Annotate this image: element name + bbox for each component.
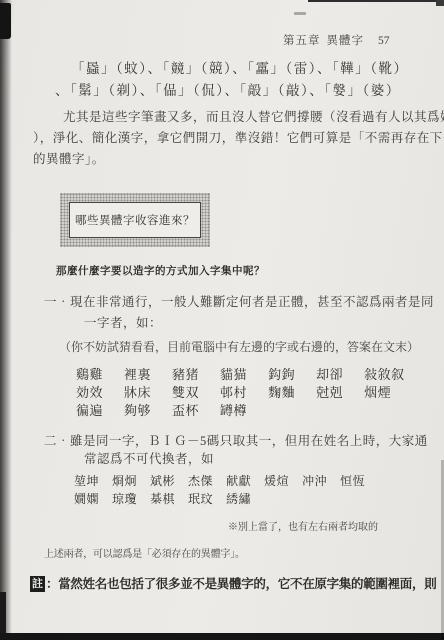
conclusion-line: 上述兩者，可以認爲是「必須存在的異體字」。 xyxy=(44,545,245,560)
list-item-1-line-1: 一‧現在非常通行，一般人難斷定何者是正體，甚至不認爲兩者是同 xyxy=(44,292,434,310)
variant-pair: 豬猪 xyxy=(172,364,199,383)
scan-edge-left xyxy=(0,0,12,640)
footnote-text: ：當然姓名也包括了很多並不是異體字的，它不在原字集的範圍裡面，則 xyxy=(46,577,436,591)
section-callout-box: 哪些異體字收容進來？ xyxy=(60,193,210,247)
variant-pair: 徧遍 xyxy=(76,400,103,419)
scan-edge-top-right xyxy=(308,0,444,2)
variant-pair: 棊棋 xyxy=(150,490,175,507)
variant-pair: 斌彬 xyxy=(150,472,175,489)
variant-pair: 琼瓊 xyxy=(112,490,137,507)
scanned-book-page: 第五章異體字57 「蟁」（蚊）、「竸」（競）、「靁」（雷）、「鞾」（靴） 、「鬀… xyxy=(0,0,444,640)
variant-pair: 烱炯 xyxy=(112,472,137,489)
variant-pair: 冲沖 xyxy=(302,472,327,489)
variant-pair: 貓猫 xyxy=(220,364,247,383)
variant-pair: 珉玟 xyxy=(188,490,213,507)
chapter-label: 第五章 xyxy=(283,35,321,47)
variant-pair: 尅剋 xyxy=(316,382,343,401)
variant-pair: 鈎鉤 xyxy=(268,364,295,383)
footnote-label: 註 xyxy=(30,576,45,592)
page-header: 第五章異體字57 xyxy=(283,32,390,48)
variant-pair: 鷄雞 xyxy=(76,364,103,383)
variant-pair: 献獻 xyxy=(226,472,251,489)
variant-pair: 却卻 xyxy=(316,364,343,383)
scan-edge-bottom xyxy=(0,633,444,640)
variant-pair: 裡裏 xyxy=(124,364,151,383)
aside-note: ※別上當了，也有左右兩者均取的 xyxy=(228,518,378,533)
variant-pair: 牀床 xyxy=(124,382,151,401)
scan-artifact-dash xyxy=(294,12,306,15)
list-item-1-line-2: 一字者，如： xyxy=(84,313,162,331)
paragraph-line: 的異體字」。 xyxy=(33,149,105,167)
variant-pair: 盃杯 xyxy=(172,400,199,419)
variant-example-line-1: 「蟁」（蚊）、「竸」（競）、「靁」（雷）、「鞾」（靴） xyxy=(71,57,409,77)
variant-example-line-2: 、「鬀」（剃）、「偘」（侃）、「毃」（敲）、「媻」（婆） xyxy=(55,79,401,99)
list-item-2-line-1: 二‧雖是同一字，ＢＩＧ－5碼只取其一，但用在姓名上時，大家通 xyxy=(44,431,428,449)
chapter-title: 異體字 xyxy=(327,35,365,47)
variant-pair-row: 徧遍 夠够 盃杯 罇樽 xyxy=(76,400,247,419)
scan-corner-top-right xyxy=(436,0,444,6)
variant-pair: 恒恆 xyxy=(340,472,365,489)
variant-pair: 罇樽 xyxy=(220,400,247,419)
variant-pair-row: 効效 牀床 雙双 邨村 麴麯 尅剋 烟煙 xyxy=(76,382,391,401)
question-heading: 那麼什麼字要以造字的方式加入字集中呢？ xyxy=(56,263,265,278)
variant-pair-row: 堃坤 烱炯 斌彬 杰傑 献獻 煖煊 冲沖 恒恆 xyxy=(74,472,365,489)
variant-pair: 烟煙 xyxy=(364,382,391,401)
variant-pair: 杰傑 xyxy=(188,472,213,489)
variant-pair: 邨村 xyxy=(220,382,247,401)
variant-pair: 綉繡 xyxy=(226,490,251,507)
variant-pair-row: 嫺嫻 琼瓊 棊棋 珉玟 綉繡 xyxy=(74,490,251,507)
scan-corner-top-left xyxy=(0,3,11,39)
footnote-line: 註：當然姓名也包括了很多並不是異體字的，它不在原字集的範圍裡面，則 xyxy=(30,574,436,592)
paragraph-line: ），淨化、簡化漢字，拿它們開刀，準沒錯！它們可算是「不需再存在下去 xyxy=(33,128,444,146)
variant-pair: 煖煊 xyxy=(264,472,289,489)
variant-pair: 効效 xyxy=(76,382,103,401)
page-number: 57 xyxy=(378,35,390,47)
variant-pair: 麴麯 xyxy=(268,382,295,401)
variant-pair: 雙双 xyxy=(172,382,199,401)
list-item-2-line-2: 常認爲不可代換者，如 xyxy=(84,449,214,467)
variant-pair: 堃坤 xyxy=(74,472,99,489)
variant-pair: 夠够 xyxy=(124,400,151,419)
variant-pair-row: 鷄雞 裡裏 豬猪 貓猫 鈎鉤 却卻 敍敘叙 xyxy=(76,364,405,383)
paragraph-line: 尤其是這些字筆畫又多，而且沒人替它們撐腰（沒看過有人以其爲姓名 xyxy=(63,107,444,125)
section-callout-title: 哪些異體字收容進來？ xyxy=(69,202,201,238)
hint-line: （你不妨試猜看看，目前電腦中有左邊的字或右邊的，答案在文末） xyxy=(59,338,419,355)
variant-pair: 嫺嫻 xyxy=(74,490,99,507)
variant-pair: 敍敘叙 xyxy=(364,364,405,383)
